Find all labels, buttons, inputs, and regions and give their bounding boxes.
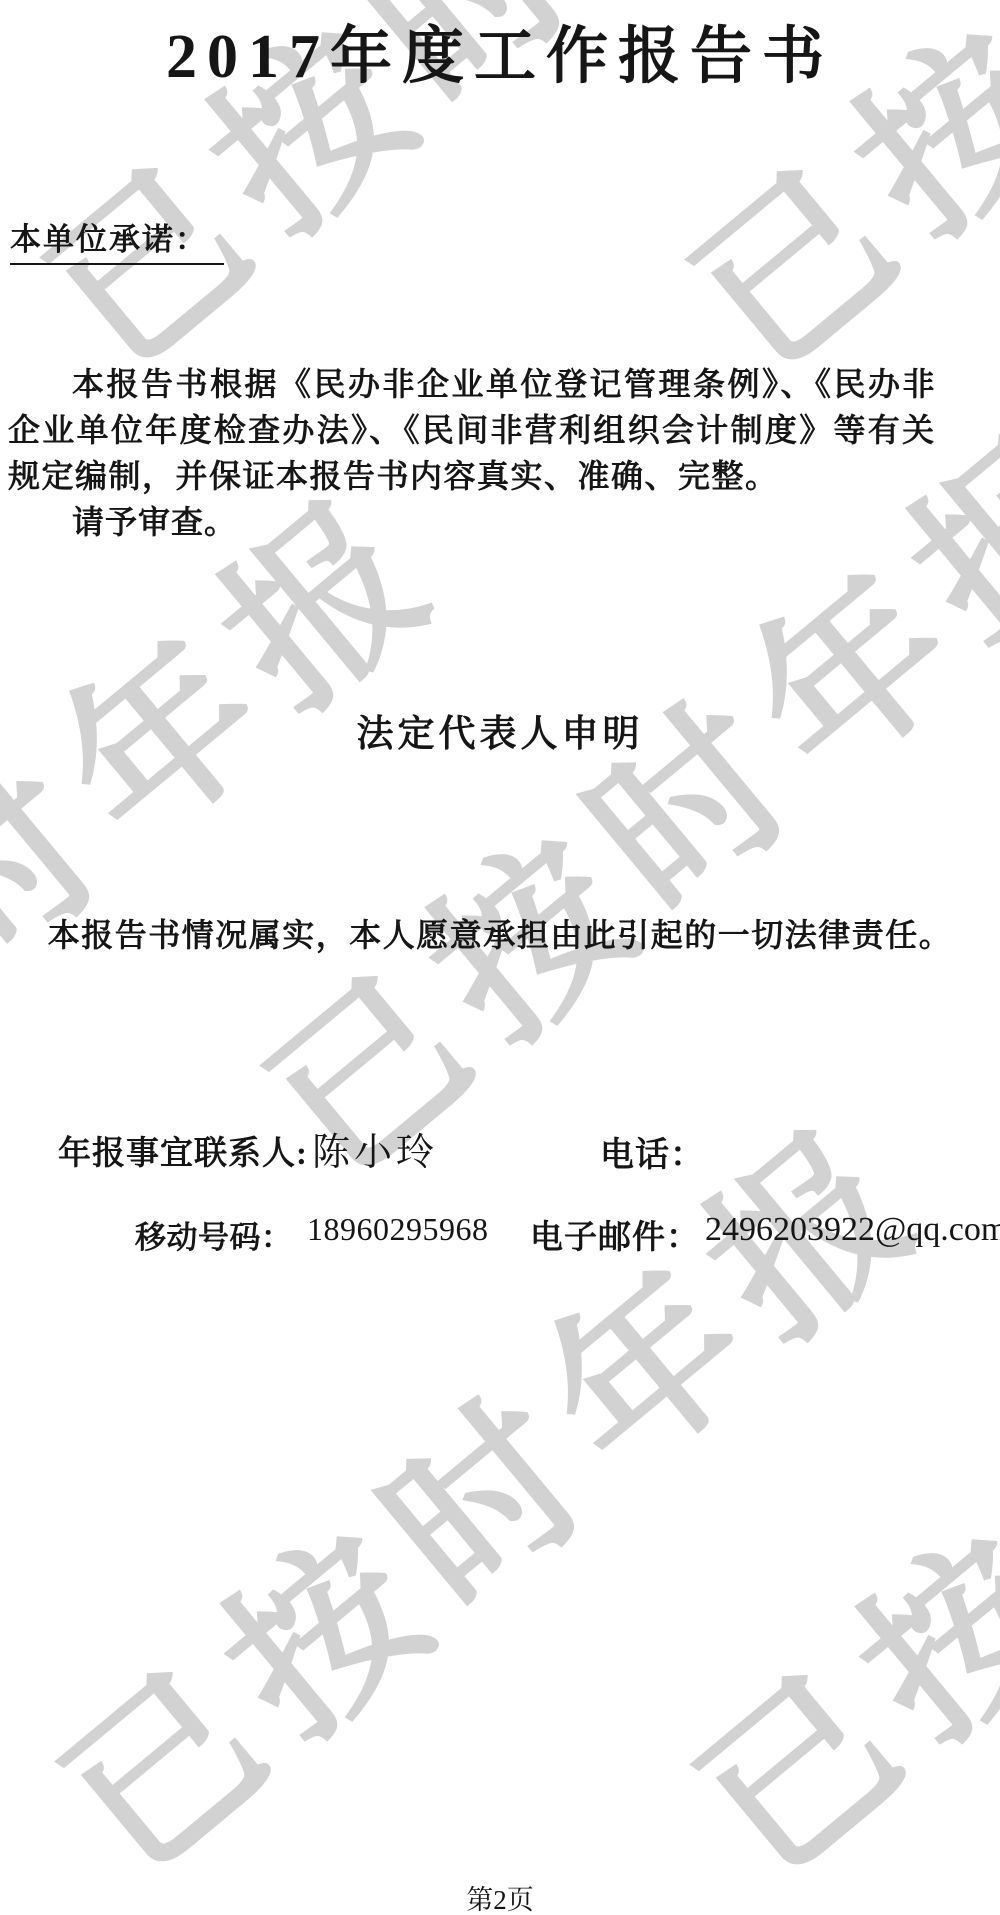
report-page: 已按时年报 已按时年报 已按时年报 已按时年报 已按时年报 已按时年报 2017… bbox=[0, 0, 1000, 1915]
paragraph-line: 请予审查。 bbox=[8, 499, 992, 545]
commitment-label: 本单位承诺： bbox=[10, 214, 224, 265]
contact-person-label: 年报事宜联系人: bbox=[58, 1127, 308, 1174]
email-value: 2496203922@qq.com bbox=[705, 1211, 1000, 1249]
phone-label: 电话： bbox=[600, 1127, 705, 1176]
email-label: 电子邮件： bbox=[530, 1211, 700, 1258]
page-number: 第2页 bbox=[0, 1878, 1000, 1915]
document-title: 2017年度工作报告书 bbox=[0, 6, 1000, 95]
paragraph-line: 本报告书根据《民办非企业单位登记管理条例》、《民办非 bbox=[8, 361, 992, 407]
declaration-statement: 本报告书情况属实，本人愿意承担由此引起的一切法律责任。 bbox=[0, 910, 1000, 956]
contact-person-name: 陈小玲 bbox=[312, 1121, 438, 1176]
mobile-number-value: 18960295968 bbox=[307, 1211, 489, 1248]
mobile-number-label: 移动号码： bbox=[135, 1212, 293, 1257]
paragraph-line: 规定编制，并保证本报告书内容真实、准确、完整。 bbox=[8, 453, 992, 499]
legal-representative-declaration-title: 法定代表人申明 bbox=[0, 703, 1000, 757]
paragraph-line: 企业单位年度检查办法》、《民间非营利组织会计制度》等有关 bbox=[8, 407, 992, 453]
report-basis-paragraph: 本报告书根据《民办非企业单位登记管理条例》、《民办非 企业单位年度检查办法》、《… bbox=[8, 361, 992, 545]
